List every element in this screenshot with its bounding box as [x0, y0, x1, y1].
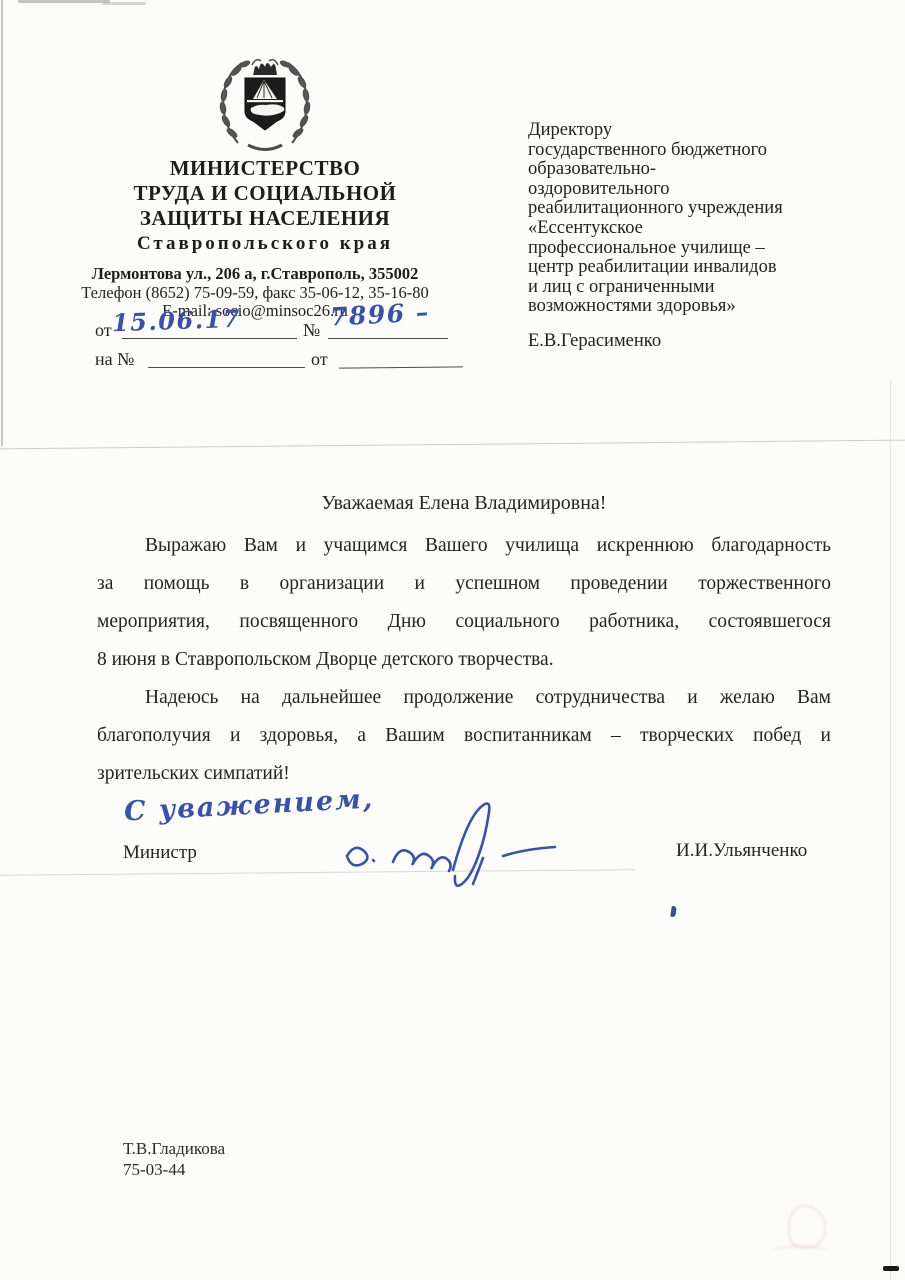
body-line: Надеюсь на дальнейшее продолжение сотруд…: [97, 679, 831, 717]
recipient-line: «Ессентукское: [528, 219, 858, 239]
reply-number-underline: [148, 367, 305, 368]
ref-number-underline: [328, 338, 448, 339]
signatory-name: И.И.Ульянченко: [676, 840, 807, 862]
fold-crease: [0, 440, 905, 450]
recipient-line: профессиональное училище –: [528, 239, 858, 259]
body-line: зрительских симпатий!: [97, 755, 831, 793]
position-title: Министр: [123, 842, 197, 864]
ref-number-handwritten: 7896 –: [329, 297, 430, 331]
reply-from-label: от: [311, 349, 328, 370]
recipient-lines: Директоругосударственного бюджетногообра…: [528, 121, 858, 317]
signature-scribble-icon: [335, 796, 575, 888]
ref-from-label: от: [95, 320, 112, 341]
body-paragraph-2: Надеюсь на дальнейшее продолжение сотруд…: [97, 679, 831, 793]
body-line: мероприятия, посвященного Дню социальног…: [97, 603, 831, 641]
ref-date-underline: [122, 338, 297, 339]
ref-number-label: №: [303, 320, 320, 341]
ministry-name-line: МИНИСТЕРСТВО: [70, 156, 460, 181]
body-line: 8 июня в Ставропольском Дворце детского …: [97, 641, 831, 679]
recipient-line: центр реабилитации инвалидов: [528, 258, 858, 278]
recipient-line: реабилитационного учреждения: [528, 199, 858, 219]
scan-mark: [883, 1266, 899, 1271]
recipient-line: и лиц с ограниченными: [528, 278, 858, 298]
body-paragraph-1: Выражаю Вам и учащимся Вашего училища ис…: [97, 527, 831, 679]
scan-smudge: [18, 0, 110, 3]
executor-block: Т.В.Гладикова 75-03-44: [123, 1138, 225, 1180]
scan-smudge: [102, 2, 146, 5]
coat-of-arms-icon: [212, 54, 318, 157]
scan-edge-artifact: [890, 380, 891, 1280]
recipient-line: Директору: [528, 121, 858, 141]
body-line: за помощь в организации и успешном прове…: [97, 565, 831, 603]
scanned-letter-page: МИНИСТЕРСТВОТРУДА И СОЦИАЛЬНОЙЗАЩИТЫ НАС…: [0, 0, 905, 1280]
ministry-name: МИНИСТЕРСТВОТРУДА И СОЦИАЛЬНОЙЗАЩИТЫ НАС…: [70, 156, 460, 231]
region-name: Ставропольского края: [70, 233, 460, 255]
recipient-line: образовательно-: [528, 160, 858, 180]
recipient-line: оздоровительного: [528, 180, 858, 200]
ink-speck: [670, 906, 676, 918]
stamp-residue: [770, 1245, 830, 1263]
body-line: Выражаю Вам и учащимся Вашего училища ис…: [97, 527, 831, 565]
recipient-block: Директоругосударственного бюджетногообра…: [528, 121, 858, 352]
recipient-line: возможностями здоровья»: [528, 297, 858, 317]
ref-date-handwritten: 15.06.17: [112, 304, 242, 337]
executor-phone: 75-03-44: [123, 1159, 225, 1180]
recipient-line: государственного бюджетного: [528, 141, 858, 161]
body-line: благополучия и здоровья, а Вашим воспита…: [97, 717, 831, 755]
ministry-name-line: ЗАЩИТЫ НАСЕЛЕНИЯ: [70, 206, 460, 231]
stamp-residue: [788, 1205, 826, 1249]
address-line: Лермонтова ул., 206 а, г.Ставрополь, 355…: [55, 264, 455, 284]
reply-number-label: на №: [95, 349, 134, 370]
executor-name: Т.В.Гладикова: [123, 1138, 225, 1159]
reply-from-underline: [339, 366, 463, 368]
recipient-name: Е.В.Герасименко: [528, 332, 858, 352]
salutation: Уважаемая Елена Владимировна!: [97, 492, 831, 515]
ministry-name-line: ТРУДА И СОЦИАЛЬНОЙ: [70, 181, 460, 206]
scan-edge-artifact: [1, 0, 3, 446]
